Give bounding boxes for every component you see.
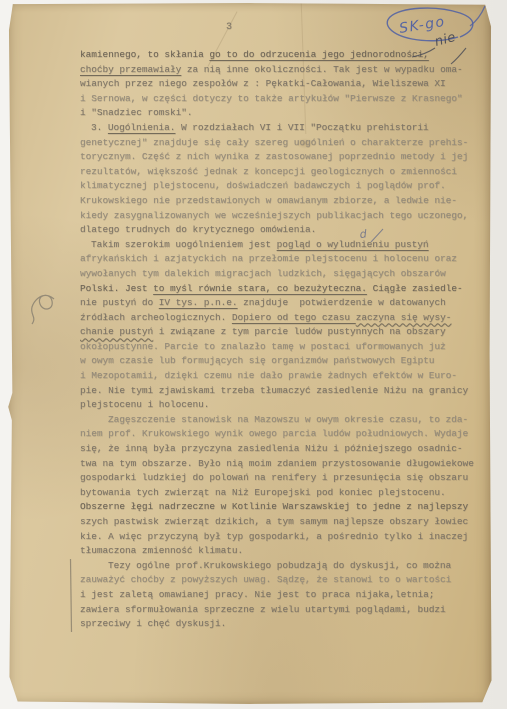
line: i jest zaletą omawianej pracy. Nie jest … [80, 588, 486, 603]
line: Krukowskiego nie przedstawionych w omawi… [80, 194, 486, 209]
text-segment: sprzeciwy i chęć dyskusji. [80, 618, 226, 629]
line: torycznym. Część z nich wynika z zastoso… [80, 150, 486, 165]
line: chanie pustyń i związane z tym parcie lu… [80, 325, 486, 340]
text-segment: znajduje potwierdzenie w datowanych [238, 297, 446, 308]
page-number: 3 [226, 22, 232, 33]
line: Takim szerokim uogólnieniem jest pogląd … [80, 238, 486, 253]
text-segment: Ciągłe zasiedle- [367, 283, 463, 294]
line: Zagęszczenie stanowisk na Mazowszu w owy… [80, 413, 486, 428]
line: szych pastwisk zwierząt dzikich, a tym s… [80, 515, 486, 530]
text-segment: afrykańskich i azjatyckich na przełomie … [80, 253, 457, 264]
text-segment-wavy-underlined: chanie pustyń [80, 326, 153, 337]
line: i Sernowa, w części dotyczy to także art… [80, 92, 486, 107]
margin-squiggle [32, 295, 54, 324]
text-segment: kiedy zasygnalizowanych we wcześniejszyc… [80, 210, 468, 221]
text-segment: się, że inną była przyczyna zasiedlenia … [80, 443, 463, 454]
text-segment: i związane z tym parcie ludów pustynnych… [153, 326, 446, 337]
text-segment-underlined: choćby przemawiały [80, 64, 181, 75]
text-segment: niem prof. Krukowskiego wynik owego parc… [80, 428, 468, 439]
text-segment: tłumaczona zmienność klimatu. [80, 545, 243, 556]
text-segment: i Mezopotamii, dzięki czemu nie dało pra… [80, 370, 457, 381]
text-segment: wianych przez niego zespołów z : Pękatki… [80, 78, 446, 89]
line: tłumaczona zmienność klimatu. [80, 544, 486, 559]
line: Polski. Jest to myśl równie stara, co be… [80, 282, 486, 297]
text-segment: Obszerne łęgi nadrzeczne w Kotlinie Wars… [80, 501, 468, 512]
margin-note: nie [433, 30, 458, 50]
line: afrykańskich i azjatyckich na przełomie … [80, 252, 486, 267]
text-segment: dlatego trudnych do krytycznego omówieni… [80, 224, 316, 235]
line: plejstocenu i holocenu. [80, 398, 486, 413]
line: źródłach archeologicznych. Dopiero od te… [80, 311, 486, 326]
line: kiedy zasygnalizowanych we wcześniejszyc… [80, 209, 486, 224]
line: kamiennego, to skłania go to do odrzucen… [80, 48, 486, 63]
text-segment: Krukowskiego nie przedstawionych w omawi… [80, 195, 457, 206]
text-segment: za nią inne okoliczności. Tak jest w wyp… [181, 64, 462, 75]
document-page: 3 kamiennego, to skłania go to do odrzuc… [8, 2, 492, 705]
text-segment-underlined: Dopiero od tego czasu [232, 312, 356, 323]
line: i "Snadziec romski". [80, 106, 486, 121]
text-segment: szych pastwisk zwierząt dzikich, a tym s… [80, 516, 468, 527]
text-segment: torycznym. Część z nich wynika z zastoso… [80, 151, 468, 162]
text-segment: Tezy ogólne prof.Krukowskiego pobudzają … [108, 560, 451, 571]
line: pie. Nie tymi zjawiskami trzeba tłumaczy… [80, 384, 486, 399]
line: w owym czasie lub formujących się organi… [80, 354, 486, 369]
scanned-document-screenshot: { "doc": { "page_number": "3", "annotati… [0, 0, 507, 709]
line: rezultatów, większość jednak z koncepcji… [80, 165, 486, 180]
text-segment-underlined: to myśl równie stara, co bezużyteczna. [153, 283, 367, 294]
text-segment: i Sernowa, w części dotyczy to także art… [80, 93, 463, 104]
circle-stroke [387, 8, 473, 41]
text-segment: i jest zaletą omawianej pracy. Nie jest … [80, 589, 434, 600]
line: niem prof. Krukowskiego wynik owego parc… [80, 427, 486, 442]
text-segment: klimatycznej plejstocenu, doświadczeń ba… [80, 180, 446, 191]
text-segment: Takim szerokim uogólnieniem jest [91, 239, 277, 250]
text-segment: 3. [91, 122, 108, 133]
line: 3. Uogólnienia. W rozdziałach VI i VII "… [80, 121, 486, 136]
text-segment: i "Snadziec romski". [80, 107, 193, 118]
line: się, że inną była przyczyna zasiedlenia … [80, 442, 486, 457]
text-segment: kamiennego, to skłania [80, 49, 209, 60]
text-segment: twa na tym obszarze. Było nią moim zdani… [80, 458, 474, 469]
line: dlatego trudnych do krytycznego omówieni… [80, 223, 486, 238]
line: Obszerne łęgi nadrzeczne w Kotlinie Wars… [80, 500, 486, 515]
line: klimatycznej plejstocenu, doświadczeń ba… [80, 179, 486, 194]
line: nie pustyń do IV tys. p.n.e. znajduje po… [80, 296, 486, 311]
text-segment: W rozdziałach VI i VII "Początku prehist… [175, 122, 428, 133]
line: kie. A więc przyczyną był typ gospodarki… [80, 530, 486, 545]
line: bytowania tych zwierząt na Niż Europejsk… [80, 486, 486, 501]
text-segment: Polski. Jest [80, 283, 153, 294]
line: genetycznej" znajduje się cały szereg uo… [80, 136, 486, 151]
line: wywołanych tym dalekich migracjach ludzk… [80, 267, 486, 282]
margin-vertical-line [71, 559, 72, 632]
text-segment-wavy-underlined: zaczyna się wysy- [356, 312, 452, 323]
line: choćby przemawiały za nią inne okoliczno… [80, 63, 486, 78]
text-segment: w owym czasie lub formujących się organi… [80, 355, 434, 366]
text-segment-underlined: Uogólnienia. [108, 122, 176, 133]
text-segment: Zagęszczenie stanowisk na Mazowszu w owy… [108, 414, 468, 425]
text-segment: źródłach archeologicznych. [80, 312, 232, 323]
text-segment: kie. A więc przyczyną był typ gospodarki… [80, 531, 468, 542]
text-segment: gospodarki ludzkiej do polowań na renife… [80, 472, 468, 483]
text-segment: pie. Nie tymi zjawiskami trzeba tłumaczy… [80, 385, 468, 396]
circle-tail-stroke [470, 6, 485, 26]
text-segment: okołopustynne. Parcie to znalazło tamę w… [80, 341, 446, 352]
text-segment: zawiera sformułowania sprzeczne z wielu … [80, 604, 446, 615]
text-segment-underlined: go to do odrzucenia jego jednorodności, [209, 49, 428, 60]
line: wianych przez niego zespołów z : Pękatki… [80, 77, 486, 92]
text-segment-underlined: pogląd o wyludnieniu pustyń [277, 239, 429, 250]
line: i Mezopotamii, dzięki czemu nie dało pra… [80, 369, 486, 384]
text-segment: rezultatów, większość jednak z koncepcji… [80, 166, 457, 177]
text-segment: wywołanych tym dalekich migracjach ludzk… [80, 268, 446, 279]
line: gospodarki ludzkiej do polowań na renife… [80, 471, 486, 486]
line: sprzeciwy i chęć dyskusji. [80, 617, 486, 632]
text-segment: plejstocenu i holocenu. [80, 399, 209, 410]
typewritten-text: kamiennego, to skłania go to do odrzucen… [80, 48, 486, 632]
line: Tezy ogólne prof.Krukowskiego pobudzają … [80, 559, 486, 574]
line: twa na tym obszarze. Było nią moim zdani… [80, 457, 486, 472]
text-segment: nie pustyń do [80, 297, 159, 308]
line: okołopustynne. Parcie to znalazło tamę w… [80, 340, 486, 355]
text-segment: zauważyć choćby z powyższych uwag. Sądzę… [80, 574, 451, 585]
line: zauważyć choćby z powyższych uwag. Sądzę… [80, 573, 486, 588]
text-segment-underlined: IV tys. p.n.e. [159, 297, 238, 308]
line: zawiera sformułowania sprzeczne z wielu … [80, 603, 486, 618]
circled-note: SK-go [398, 14, 447, 37]
text-segment: bytowania tych zwierząt na Niż Europejsk… [80, 487, 446, 498]
scan-background: 3 kamiennego, to skłania go to do odrzuc… [0, 0, 507, 709]
text-segment: genetycznej" znajduje się cały szereg uo… [80, 137, 468, 148]
